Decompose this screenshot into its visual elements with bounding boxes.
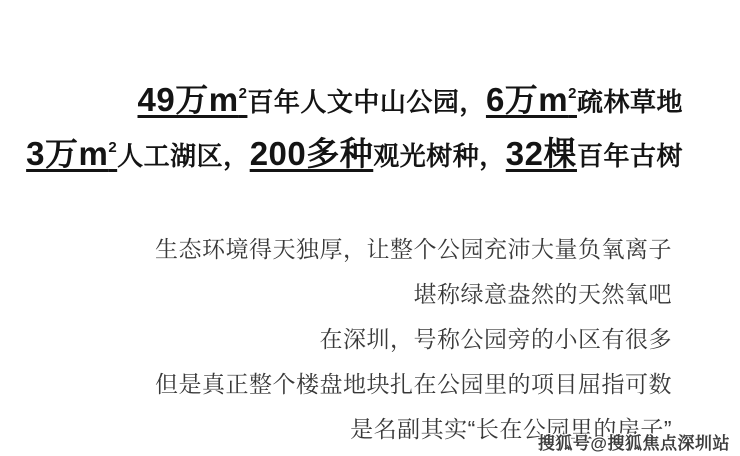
- body-line-3: 在深圳，号称公园旁的小区有很多: [155, 317, 672, 362]
- headline-text: 百年古树: [577, 141, 683, 171]
- stat-value: 3万m: [26, 135, 108, 172]
- headline-text: 疏林草地: [577, 87, 683, 117]
- body-line-2: 堪称绿意盎然的天然氧吧: [155, 272, 672, 317]
- headline-text: 观光树种，: [373, 141, 506, 171]
- stat-grassland-area: 6万m2: [486, 81, 577, 118]
- superscript-2: 2: [568, 85, 577, 102]
- sohu-watermark: 搜狐号@搜狐焦点深圳站: [538, 429, 730, 454]
- superscript-2: 2: [239, 85, 248, 102]
- stat-park-area: 49万m2: [138, 81, 248, 118]
- stat-value: 49万m: [138, 81, 239, 118]
- stat-tree-species: 200多种: [250, 135, 374, 172]
- body-line-1: 生态环境得天独厚，让整个公园充沛大量负氧离子: [155, 227, 672, 272]
- stat-value: 6万m: [486, 81, 568, 118]
- headline-line-1: 49万m2百年人文中山公园，6万m2疏林草地: [138, 80, 683, 127]
- headline-line-2: 3万m2人工湖区，200多种观光树种，32棵百年古树: [26, 134, 683, 181]
- stat-value: 200多种: [250, 135, 374, 172]
- stat-ancient-trees: 32棵: [506, 135, 577, 172]
- superscript-2: 2: [108, 139, 117, 156]
- stat-value: 32棵: [506, 135, 577, 172]
- promo-page: 49万m2百年人文中山公园，6万m2疏林草地 3万m2人工湖区，200多种观光树…: [0, 0, 740, 456]
- body-line-4: 但是真正整个楼盘地块扎在公园里的项目屈指可数: [155, 362, 672, 407]
- headline-text: 百年人文中山公园，: [247, 87, 486, 117]
- stat-lake-area: 3万m2: [26, 135, 117, 172]
- headline-text: 人工湖区，: [117, 141, 250, 171]
- body-paragraph: 生态环境得天独厚，让整个公园充沛大量负氧离子 堪称绿意盎然的天然氧吧 在深圳，号…: [155, 227, 672, 452]
